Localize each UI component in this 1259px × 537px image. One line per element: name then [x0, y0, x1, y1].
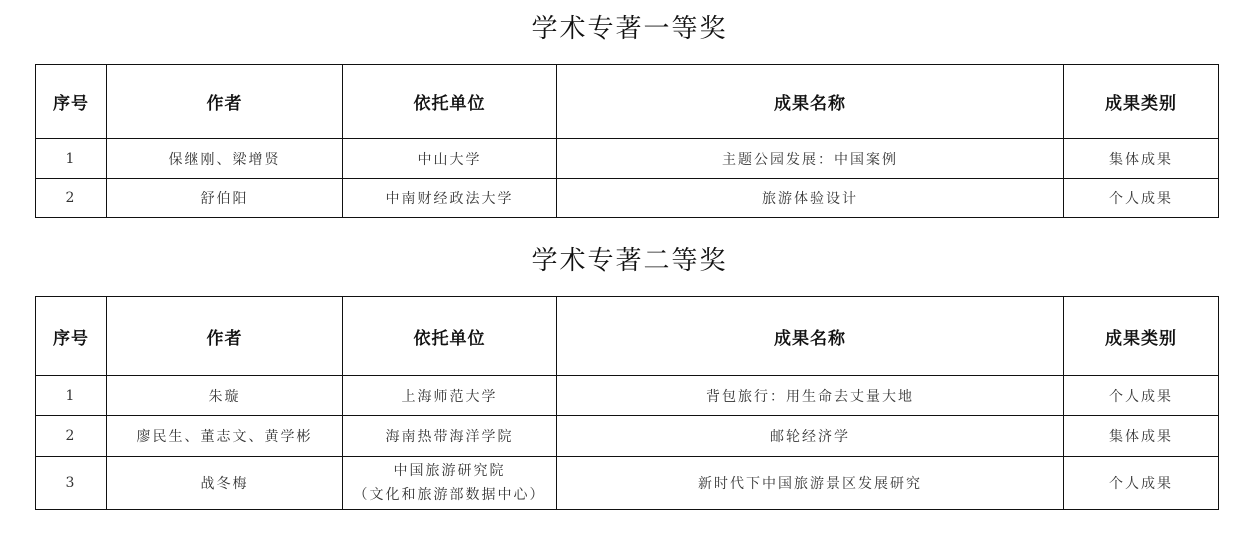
cell-category: 个人成果 [1064, 376, 1219, 416]
table-row: 3 战冬梅 中国旅游研究院 （文化和旅游部数据中心） 新时代下中国旅游景区发展研… [36, 457, 1219, 510]
table-row: 1 朱璇 上海师范大学 背包旅行：用生命去丈量大地 个人成果 [36, 376, 1219, 416]
header-unit: 依托单位 [343, 297, 557, 376]
cell-author: 舒伯阳 [107, 179, 343, 218]
table-title-first-prize: 学术专著一等奖 [0, 8, 1259, 45]
cell-no: 1 [36, 139, 107, 179]
second-prize-table: 序号 作者 依托单位 成果名称 成果类别 1 朱璇 上海师范大学 背包旅行：用生… [35, 296, 1219, 510]
cell-unit: 中国旅游研究院 （文化和旅游部数据中心） [343, 457, 557, 510]
table-row: 1 保继刚、梁增贤 中山大学 主题公园发展：中国案例 集体成果 [36, 139, 1219, 179]
cell-unit: 中山大学 [343, 139, 557, 179]
cell-category: 个人成果 [1064, 179, 1219, 218]
header-unit: 依托单位 [343, 65, 557, 139]
header-category: 成果类别 [1064, 297, 1219, 376]
table-header-row: 序号 作者 依托单位 成果名称 成果类别 [36, 297, 1219, 376]
cell-unit: 海南热带海洋学院 [343, 416, 557, 457]
header-category: 成果类别 [1064, 65, 1219, 139]
header-no: 序号 [36, 297, 107, 376]
cell-work: 邮轮经济学 [557, 416, 1064, 457]
cell-unit-line1: 中国旅游研究院 [343, 459, 556, 483]
cell-work: 旅游体验设计 [557, 179, 1064, 218]
cell-work: 主题公园发展：中国案例 [557, 139, 1064, 179]
cell-category: 个人成果 [1064, 457, 1219, 510]
header-work: 成果名称 [557, 297, 1064, 376]
cell-author: 廖民生、董志文、黄学彬 [107, 416, 343, 457]
header-author: 作者 [107, 65, 343, 139]
table-row: 2 舒伯阳 中南财经政法大学 旅游体验设计 个人成果 [36, 179, 1219, 218]
cell-no: 1 [36, 376, 107, 416]
cell-category: 集体成果 [1064, 416, 1219, 457]
table-header-row: 序号 作者 依托单位 成果名称 成果类别 [36, 65, 1219, 139]
cell-unit: 上海师范大学 [343, 376, 557, 416]
cell-author: 朱璇 [107, 376, 343, 416]
header-author: 作者 [107, 297, 343, 376]
cell-no: 3 [36, 457, 107, 510]
cell-no: 2 [36, 416, 107, 457]
header-work: 成果名称 [557, 65, 1064, 139]
cell-no: 2 [36, 179, 107, 218]
cell-category: 集体成果 [1064, 139, 1219, 179]
cell-unit: 中南财经政法大学 [343, 179, 557, 218]
first-prize-table: 序号 作者 依托单位 成果名称 成果类别 1 保继刚、梁增贤 中山大学 主题公园… [35, 64, 1219, 218]
cell-work: 背包旅行：用生命去丈量大地 [557, 376, 1064, 416]
cell-author: 保继刚、梁增贤 [107, 139, 343, 179]
cell-author: 战冬梅 [107, 457, 343, 510]
table-title-second-prize: 学术专著二等奖 [0, 240, 1259, 277]
header-no: 序号 [36, 65, 107, 139]
table-row: 2 廖民生、董志文、黄学彬 海南热带海洋学院 邮轮经济学 集体成果 [36, 416, 1219, 457]
cell-unit-line2: （文化和旅游部数据中心） [343, 483, 556, 507]
cell-work: 新时代下中国旅游景区发展研究 [557, 457, 1064, 510]
